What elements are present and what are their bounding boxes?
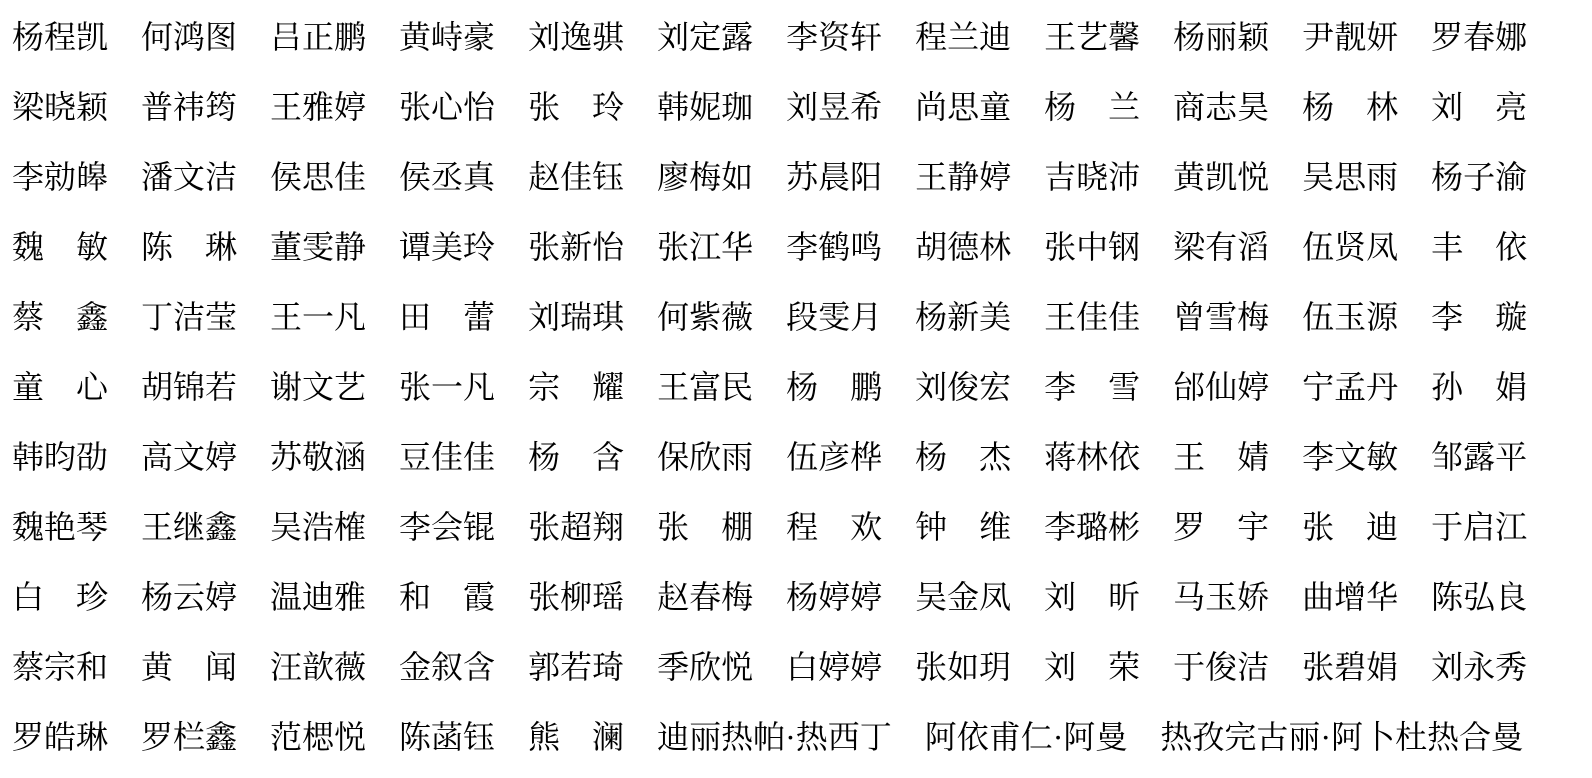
- person-name: 罗栏鑫: [141, 721, 237, 753]
- person-name: 张一凡: [399, 371, 495, 403]
- person-name: 白婷婷: [786, 651, 882, 683]
- person-name: 李 璇: [1431, 301, 1527, 333]
- person-name: 梁晓颖: [12, 91, 108, 123]
- person-name: 白 珍: [12, 581, 108, 613]
- person-name: 张 棚: [657, 511, 753, 543]
- person-name: 王静婷: [915, 161, 1011, 193]
- person-name: 王 婧: [1173, 441, 1269, 473]
- name-row: 蔡 鑫丁洁莹王一凡田 蕾刘瑞琪何紫薇段雯月杨新美王佳佳曾雪梅伍玉源李 璇: [12, 282, 1582, 352]
- person-name: 迪丽热帕·热西丁: [657, 721, 892, 753]
- name-row: 魏艳琴王继鑫吴浩榷李会锟张超翔张 棚程 欢钟 维李璐彬罗 宇张 迪于启江: [12, 492, 1582, 562]
- person-name: 陈 琳: [141, 231, 237, 263]
- person-name: 董雯静: [270, 231, 366, 263]
- person-name: 刘瑞琪: [528, 301, 624, 333]
- person-name: 和 霞: [399, 581, 495, 613]
- person-name: 蔡宗和: [12, 651, 108, 683]
- person-name: 杨 林: [1302, 91, 1398, 123]
- person-name: 吴思雨: [1302, 161, 1398, 193]
- person-name: 马玉娇: [1173, 581, 1269, 613]
- page: { "page": { "background_color": "#ffffff…: [0, 0, 1592, 778]
- person-name: 曲增华: [1302, 581, 1398, 613]
- person-name: 郭若琦: [528, 651, 624, 683]
- person-name: 黄凯悦: [1173, 161, 1269, 193]
- person-name: 刘昱希: [786, 91, 882, 123]
- person-name: 胡德林: [915, 231, 1011, 263]
- person-name: 韩妮珈: [657, 91, 753, 123]
- person-name: 陈弘良: [1431, 581, 1527, 613]
- person-name: 李勍皞: [12, 161, 108, 193]
- person-name: 张 迪: [1302, 511, 1398, 543]
- person-name: 伍玉源: [1302, 301, 1398, 333]
- person-name: 谭美玲: [399, 231, 495, 263]
- person-name: 段雯月: [786, 301, 882, 333]
- person-name: 热孜完古丽·阿卜杜热合曼: [1160, 721, 1523, 753]
- person-name: 张 玲: [528, 91, 624, 123]
- person-name: 伍彦桦: [786, 441, 882, 473]
- person-name: 何鸿图: [141, 21, 237, 53]
- person-name: 魏艳琴: [12, 511, 108, 543]
- person-name: 蒋林依: [1044, 441, 1140, 473]
- person-name: 杨程凯: [12, 21, 108, 53]
- person-name: 豆佳佳: [399, 441, 495, 473]
- person-name: 宁孟丹: [1302, 371, 1398, 403]
- person-name: 潘文洁: [141, 161, 237, 193]
- person-name: 王富民: [657, 371, 753, 403]
- person-name: 李会锟: [399, 511, 495, 543]
- person-name: 苏敬涵: [270, 441, 366, 473]
- person-name: 于俊洁: [1173, 651, 1269, 683]
- person-name: 钟 维: [915, 511, 1011, 543]
- person-name: 谢文艺: [270, 371, 366, 403]
- person-name: 黄峙豪: [399, 21, 495, 53]
- person-name: 程兰迪: [915, 21, 1011, 53]
- person-name: 吉晓沛: [1044, 161, 1140, 193]
- person-name: 伍贤凤: [1302, 231, 1398, 263]
- person-name: 汪歆薇: [270, 651, 366, 683]
- person-name: 李文敏: [1302, 441, 1398, 473]
- person-name: 尹靓妍: [1302, 21, 1398, 53]
- name-row: 罗皓琳罗栏鑫范楒悦陈菡钰熊 澜迪丽热帕·热西丁阿依甫仁·阿曼热孜完古丽·阿卜杜热…: [12, 702, 1582, 772]
- person-name: 刘逸骐: [528, 21, 624, 53]
- person-name: 张中钢: [1044, 231, 1140, 263]
- person-name: 曾雪梅: [1173, 301, 1269, 333]
- person-name: 杨云婷: [141, 581, 237, 613]
- person-name: 程 欢: [786, 511, 882, 543]
- person-name: 胡锦若: [141, 371, 237, 403]
- name-row: 蔡宗和黄 闻汪歆薇金叙含郭若琦季欣悦白婷婷张如玥刘 荣于俊洁张碧娟刘永秀: [12, 632, 1582, 702]
- name-row: 魏 敏陈 琳董雯静谭美玲张新怡张江华李鹤鸣胡德林张中钢梁有滔伍贤凤丰 依: [12, 212, 1582, 282]
- person-name: 杨子渝: [1431, 161, 1527, 193]
- person-name: 王继鑫: [141, 511, 237, 543]
- name-row: 白 珍杨云婷温迪雅和 霞张柳瑶赵春梅杨婷婷吴金凤刘 昕马玉娇曲增华陈弘良: [12, 562, 1582, 632]
- person-name: 李璐彬: [1044, 511, 1140, 543]
- person-name: 熊 澜: [528, 721, 624, 753]
- person-name: 罗春娜: [1431, 21, 1527, 53]
- person-name: 张江华: [657, 231, 753, 263]
- person-name: 丁洁莹: [141, 301, 237, 333]
- person-name: 杨新美: [915, 301, 1011, 333]
- person-name: 侯思佳: [270, 161, 366, 193]
- person-name: 保欣雨: [657, 441, 753, 473]
- person-name: 蔡 鑫: [12, 301, 108, 333]
- person-name: 廖梅如: [657, 161, 753, 193]
- person-name: 邹露平: [1431, 441, 1527, 473]
- person-name: 刘 荣: [1044, 651, 1140, 683]
- person-name: 于启江: [1431, 511, 1527, 543]
- person-name: 杨丽颖: [1173, 21, 1269, 53]
- person-name: 刘 亮: [1431, 91, 1527, 123]
- person-name: 刘永秀: [1431, 651, 1527, 683]
- person-name: 张碧娟: [1302, 651, 1398, 683]
- person-name: 李鹤鸣: [786, 231, 882, 263]
- person-name: 罗皓琳: [12, 721, 108, 753]
- name-row: 李勍皞潘文洁侯思佳侯丞真赵佳钰廖梅如苏晨阳王静婷吉晓沛黄凯悦吴思雨杨子渝: [12, 142, 1582, 212]
- person-name: 陈菡钰: [399, 721, 495, 753]
- person-name: 罗 宇: [1173, 511, 1269, 543]
- person-name: 范楒悦: [270, 721, 366, 753]
- person-name: 孙 娟: [1431, 371, 1527, 403]
- person-name: 童 心: [12, 371, 108, 403]
- person-name: 张超翔: [528, 511, 624, 543]
- name-roster: 杨程凯何鸿图吕正鹏黄峙豪刘逸骐刘定露李资轩程兰迪王艺馨杨丽颖尹靓妍罗春娜梁晓颖普…: [0, 0, 1592, 772]
- person-name: 杨婷婷: [786, 581, 882, 613]
- person-name: 黄 闻: [141, 651, 237, 683]
- name-row: 杨程凯何鸿图吕正鹏黄峙豪刘逸骐刘定露李资轩程兰迪王艺馨杨丽颖尹靓妍罗春娜: [12, 2, 1582, 72]
- person-name: 李 雪: [1044, 371, 1140, 403]
- person-name: 普祎筠: [141, 91, 237, 123]
- person-name: 赵春梅: [657, 581, 753, 613]
- person-name: 高文婷: [141, 441, 237, 473]
- person-name: 张新怡: [528, 231, 624, 263]
- person-name: 梁有滔: [1173, 231, 1269, 263]
- person-name: 季欣悦: [657, 651, 753, 683]
- person-name: 王艺馨: [1044, 21, 1140, 53]
- person-name: 商志昊: [1173, 91, 1269, 123]
- person-name: 刘 昕: [1044, 581, 1140, 613]
- person-name: 王佳佳: [1044, 301, 1140, 333]
- person-name: 吴浩榷: [270, 511, 366, 543]
- person-name: 阿依甫仁·阿曼: [925, 721, 1128, 753]
- person-name: 田 蕾: [399, 301, 495, 333]
- person-name: 张如玥: [915, 651, 1011, 683]
- person-name: 韩昀劭: [12, 441, 108, 473]
- person-name: 刘俊宏: [915, 371, 1011, 403]
- person-name: 杨 鹏: [786, 371, 882, 403]
- person-name: 王雅婷: [270, 91, 366, 123]
- person-name: 宗 耀: [528, 371, 624, 403]
- person-name: 李资轩: [786, 21, 882, 53]
- person-name: 吴金凤: [915, 581, 1011, 613]
- person-name: 杨 兰: [1044, 91, 1140, 123]
- name-row: 韩昀劭高文婷苏敬涵豆佳佳杨 含保欣雨伍彦桦杨 杰蒋林依王 婧李文敏邹露平: [12, 422, 1582, 492]
- person-name: 赵佳钰: [528, 161, 624, 193]
- person-name: 张心怡: [399, 91, 495, 123]
- person-name: 吕正鹏: [270, 21, 366, 53]
- person-name: 丰 依: [1431, 231, 1527, 263]
- person-name: 王一凡: [270, 301, 366, 333]
- person-name: 尚思童: [915, 91, 1011, 123]
- person-name: 侯丞真: [399, 161, 495, 193]
- person-name: 杨 含: [528, 441, 624, 473]
- name-row: 童 心胡锦若谢文艺张一凡宗 耀王富民杨 鹏刘俊宏李 雪邰仙婷宁孟丹孙 娟: [12, 352, 1582, 422]
- person-name: 温迪雅: [270, 581, 366, 613]
- name-row: 梁晓颖普祎筠王雅婷张心怡张 玲韩妮珈刘昱希尚思童杨 兰商志昊杨 林刘 亮: [12, 72, 1582, 142]
- person-name: 邰仙婷: [1173, 371, 1269, 403]
- person-name: 金叙含: [399, 651, 495, 683]
- person-name: 杨 杰: [915, 441, 1011, 473]
- person-name: 刘定露: [657, 21, 753, 53]
- person-name: 张柳瑶: [528, 581, 624, 613]
- person-name: 魏 敏: [12, 231, 108, 263]
- person-name: 苏晨阳: [786, 161, 882, 193]
- person-name: 何紫薇: [657, 301, 753, 333]
